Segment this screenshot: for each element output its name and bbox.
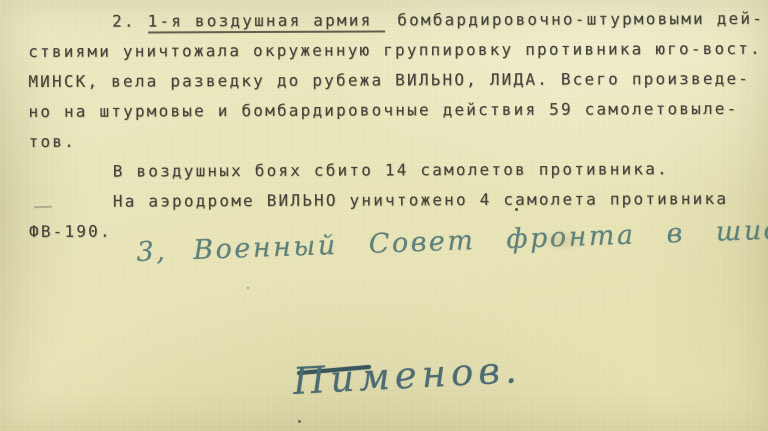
typed-line-7: На аэродроме ВИЛЬНО уничтожено 4 самолет…: [29, 184, 768, 217]
scanned-document-page: 2. 1-я воздушная армия бомбардировочно-ш…: [0, 0, 768, 431]
signature: Пименов.: [292, 348, 523, 403]
typed-line-1: 2. 1-я воздушная армия бомбардировочно-ш…: [28, 4, 768, 37]
scan-speck: [515, 208, 518, 211]
underlined-army-title: 1-я воздушная армия: [148, 10, 386, 33]
typed-line-4: но на штурмовые и бомбардировочные дейст…: [28, 94, 768, 127]
typed-line-5: тов.: [29, 124, 768, 157]
paper-stain: [540, 230, 586, 252]
typed-line-1-rest: бомбардировочно-штурмовыми дей-: [385, 9, 764, 30]
typed-line-6: В воздушных боях сбито 14 самолетов прот…: [29, 154, 768, 187]
scan-speck: [298, 420, 301, 423]
typed-text-block: 2. 1-я воздушная армия бомбардировочно-ш…: [28, 4, 768, 247]
item-number: 2.: [112, 11, 148, 30]
typed-line-2: ствиями уничтожала окруженную группировк…: [28, 34, 768, 67]
scan-speck: [247, 287, 249, 289]
handwritten-item-number: 3,: [136, 236, 168, 268]
typed-line-3: МИНСК, вела разведку до рубежа ВИЛЬНО, Л…: [28, 64, 768, 97]
